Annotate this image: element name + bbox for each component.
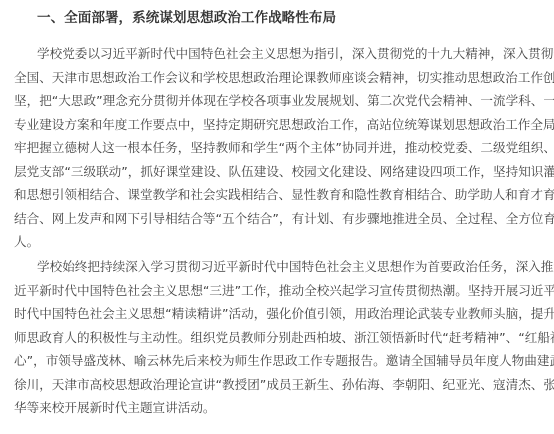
article-content: 一、全面部署，系统谋划思想政治工作战略性布局 学校党委以习近平新时代中国特色社会… (0, 0, 554, 434)
text-line: 牢把握立德树人这一根本任务，坚持教师和学生“两个主体”协同并进，推动校党委、二级… (14, 136, 541, 160)
text-line: 坚，把“大思政”理念充分贯彻并体现在学校各项事业发展规划、第二次党代会精神、一流… (14, 89, 541, 113)
text-line: 心”，市领导盛茂林、喻云林先后来校为师生作思政工作专题报告。邀请全国辅导员年度人… (14, 349, 541, 373)
text-line: 时代中国特色社会主义思想“精读精讲”活动，强化价值引领，用政治理论武装专业教师头… (14, 302, 541, 326)
text-line: 学校始终把持续深入学习贯彻习近平新时代中国特色社会主义思想作为首要政治任务，深入… (14, 255, 541, 279)
text-line: 华等来校开展新时代主题宣讲活动。 (14, 396, 541, 420)
text-line: 层党支部“三级联动”，抓好课堂建设、队伍建设、校园文化建设、网络建设四项工作，坚… (14, 160, 541, 184)
text-line: 徐川，天津市高校思想政治理论宣讲“教授团”成员王新生、孙佑海、李朝阳、纪亚光、寇… (14, 373, 541, 397)
paragraph-strategic-layout: 学校党委以习近平新时代中国特色社会主义思想为指引，深入贯彻党的十九大精神，深入贯… (14, 42, 541, 254)
text-line: 学校党委以习近平新时代中国特色社会主义思想为指引，深入贯彻党的十九大精神，深入贯… (14, 42, 541, 66)
text-line: 师思政育人的积极性与主动性。组织党员教师分别赴西柏坡、浙江领悟新时代“赶考精神”… (14, 326, 541, 350)
paragraph-study-thought: 学校始终把持续深入学习贯彻习近平新时代中国特色社会主义思想作为首要政治任务，深入… (14, 255, 541, 420)
text-line: 人。 (14, 230, 541, 254)
text-line: 专业建设方案和年度工作要点中，坚持定期研究思想政治工作，高站位统筹谋划思想政治工… (14, 113, 541, 137)
text-line: 结合、网上发声和网下引导相结合等“五个结合”，有计划、有步骤地推进全员、全过程、… (14, 207, 541, 231)
text-line: 全国、天津市思想政治工作会议和学校思想政治理论课教师座谈会精神，切实推动思想政治… (14, 66, 541, 90)
text-line: 和思想引领相结合、课堂教学和社会实践相结合、显性教育和隐性教育相结合、助学助人和… (14, 183, 541, 207)
section-heading: 一、全面部署，系统谋划思想政治工作战略性布局 (37, 8, 336, 28)
text-line: 近平新时代中国特色社会主义思想“三进”工作，推动全校兴起学习宣传贯彻热潮。坚持开… (14, 279, 541, 303)
